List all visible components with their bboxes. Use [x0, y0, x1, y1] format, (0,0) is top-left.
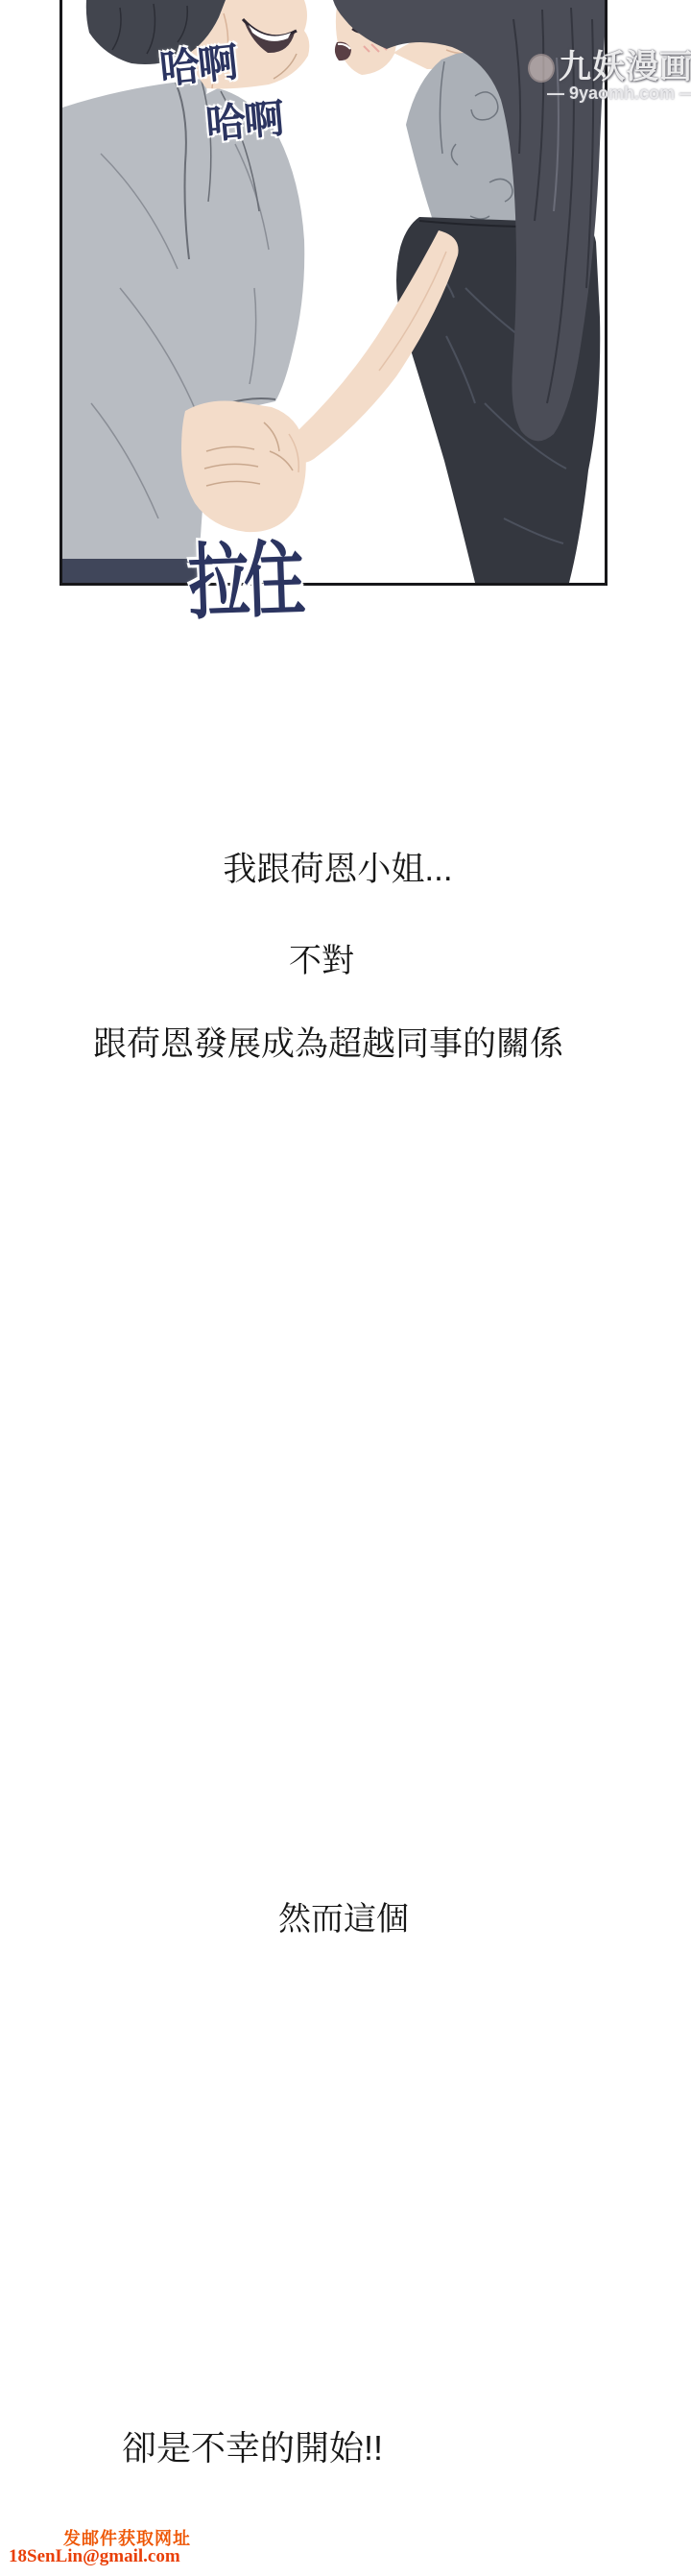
sfx-laugh-2: 哈啊 [203, 87, 285, 152]
narration-line-2: 不對 [0, 934, 667, 981]
comic-panel [60, 0, 608, 586]
footer-email: 18SenLin@gmail.com [9, 2546, 180, 2567]
page-background: 哈啊 哈啊 拉住 九妖漫画 — 9yaomh.com —— 我跟荷恩小姐... … [0, 0, 691, 2576]
narration-line-3: 跟荷恩發展成為超越同事的關係 [0, 1018, 674, 1066]
watermark-site-name: 九妖漫画 [559, 40, 691, 87]
sfx-laugh-1: 哈啊 [156, 31, 239, 96]
narration-line-1: 我跟荷恩小姐... [0, 843, 683, 891]
comic-art [62, 0, 605, 583]
sfx-hold-hands: 拉住 [186, 513, 301, 636]
watermark-logo-icon [528, 54, 555, 83]
narration-line-4: 然而這個 [0, 1892, 689, 1939]
watermark-site-url: — 9yaomh.com —— [547, 84, 691, 104]
narration-line-5: 卻是不幸的開始!! [0, 2421, 598, 2470]
